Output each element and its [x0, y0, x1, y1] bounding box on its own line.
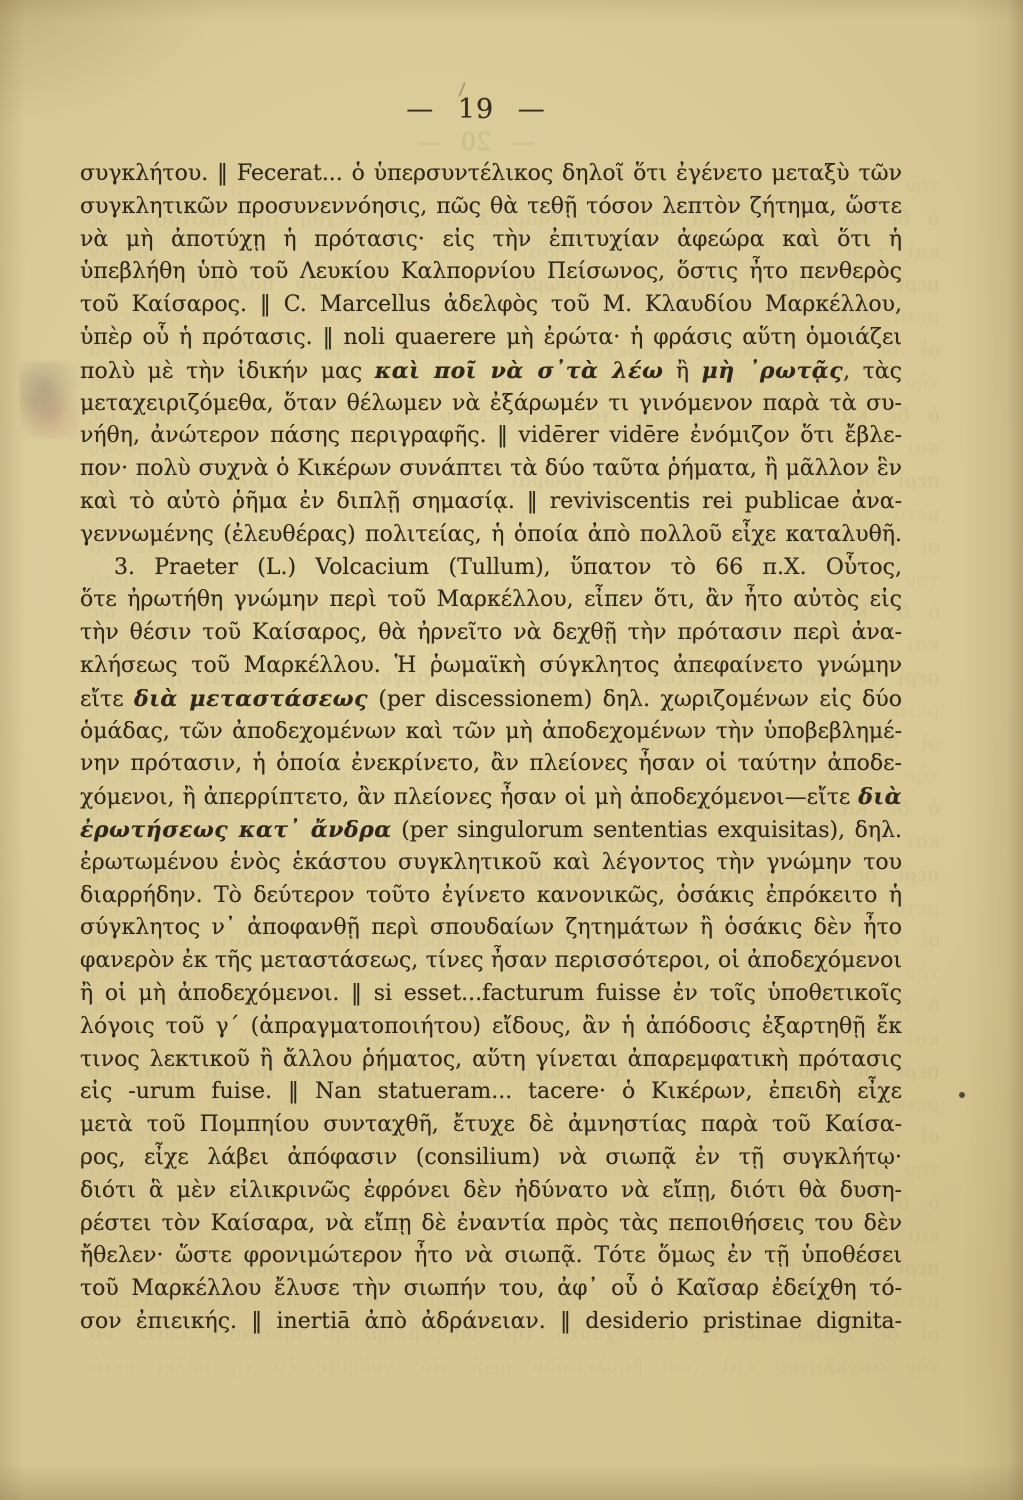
- text-segment: σον ἐπιεικής. ‖ inertiā ἀπὸ ἀδράνειαν. ‖…: [80, 1309, 902, 1334]
- text-line: ὑπεβλήθη ὑπὸ τοῦ Λευκίου Καλπορνίου Πείσ…: [80, 256, 902, 289]
- text-segment: ρος, εἶχε λάβει ἀπόφασιν (consilium) νὰ …: [80, 1145, 902, 1170]
- text-line: ἤθελεν· ὥστε φρονιμώτερον ἦτο νὰ σιωπᾷ. …: [80, 1240, 902, 1273]
- text-segment: εἰς -urum fuise. ‖ Nan statueram... tace…: [80, 1079, 902, 1104]
- text-line: χόμενοι, ἢ ἀπερρίπτετο, ἂν πλείονες ἦσαν…: [80, 781, 902, 814]
- text-line: σον ἐπιεικής. ‖ inertiā ἀπὸ ἀδράνειαν. ‖…: [80, 1306, 902, 1339]
- text-segment: συγκλήτου. ‖ Fecerat... ὁ ὑπερσυντέλικος…: [80, 161, 902, 186]
- text-segment: τοῦ Μαρκέλλου ἔλυσε τὴν σιωπήν του, ἀφ᾽ …: [80, 1276, 902, 1301]
- text-segment: συγκλητικῶν προσυνεννόησις, πῶς θὰ τεθῇ …: [80, 194, 902, 219]
- text-segment: κλήσεως τοῦ Μαρκέλλου. Ἡ ῥωμαϊκὴ σύγκλητ…: [80, 653, 902, 678]
- text-line: καὶ τὸ αὐτὸ ῥῆμα ἐν διπλῇ σημασίᾳ. ‖ rev…: [80, 486, 902, 519]
- text-segment: σύγκλητος ν᾽ ἀποφανθῇ περὶ σπουδαίων ζητ…: [80, 915, 902, 940]
- text-segment: χόμενοι, ἢ ἀπερρίπτετο, ἂν πλείονες ἦσαν…: [80, 785, 858, 810]
- page-number: — 19 —: [0, 94, 952, 125]
- text-line: λόγοις τοῦ γ´ (ἀπραγματοποιήτου) εἴδους,…: [80, 1011, 902, 1044]
- scanned-book-page: — 20 — τὴν συγκλητον καὶ τῶν βουλευτῶν π…: [0, 0, 1023, 1500]
- text-segment: τοῦ Καίσαρος. ‖ C. Marcellus ἀδελφὸς τοῦ…: [80, 292, 902, 317]
- text-segment: φανερὸν ἐκ τῆς μεταστάσεως, τίνες ἦσαν π…: [80, 948, 902, 973]
- bleed-through-line: τὴν συγκλητον καὶ τῶν βουλευτῶν περὶ τὰς…: [88, 1354, 940, 1378]
- text-line: κλήσεως τοῦ Μαρκέλλου. Ἡ ῥωμαϊκὴ σύγκλητ…: [80, 650, 902, 683]
- text-segment: ρέστει τὸν Καίσαρα, νὰ εἴπῃ δὲ ἐναντία π…: [80, 1211, 902, 1236]
- text-segment: πον· πολὺ συχνὰ ὁ Κικέρων συνάπτει τὰ δύ…: [80, 456, 902, 481]
- emphasized-text: διὰ: [858, 784, 902, 810]
- emphasized-text: μὴ ᾽ρωτᾷς: [702, 358, 844, 384]
- smudge-mark: [20, 362, 78, 438]
- text-line: ρέστει τὸν Καίσαρα, νὰ εἴπῃ δὲ ἐναντία π…: [80, 1208, 902, 1241]
- text-line: πον· πολὺ συχνὰ ὁ Κικέρων συνάπτει τὰ δύ…: [80, 453, 902, 486]
- text-segment: πολὺ μὲ τὴν ἰδικήν μας: [80, 359, 375, 384]
- text-line: γεννωμένης (ἐλευθέρας) πολιτείας, ἡ ὁποί…: [80, 519, 902, 552]
- text-line: συγκλητικῶν προσυνεννόησις, πῶς θὰ τεθῇ …: [80, 191, 902, 224]
- text-segment: νήθη, ἀνώτερον πάσης περιγραφῆς. ‖ vidēr…: [80, 423, 902, 448]
- text-line: εἰς -urum fuise. ‖ Nan statueram... tace…: [80, 1076, 902, 1109]
- text-line: νήθη, ἀνώτερον πάσης περιγραφῆς. ‖ vidēr…: [80, 420, 902, 453]
- text-segment: διαρρήδην. Τὸ δεύτερον τοῦτο ἐγίνετο καν…: [80, 883, 902, 908]
- text-line: εἴτε διὰ μεταστάσεως (per discessionem) …: [80, 683, 902, 716]
- text-line: τοῦ Καίσαρος. ‖ C. Marcellus ἀδελφὸς τοῦ…: [80, 289, 902, 322]
- emphasized-text: καὶ ποῖ νὰ σ᾽τὰ λέω: [375, 358, 664, 384]
- text-segment: ὑπὲρ οὗ ἡ πρότασις. ‖ noli quaerere μὴ ἐ…: [80, 325, 902, 350]
- text-line: πολὺ μὲ τὴν ἰδικήν μας καὶ ποῖ νὰ σ᾽τὰ λ…: [80, 355, 902, 388]
- ink-speck: [959, 1092, 965, 1098]
- text-line: ὑπὲρ οὗ ἡ πρότασις. ‖ noli quaerere μὴ ἐ…: [80, 322, 902, 355]
- text-segment: νὰ μὴ ἀποτύχῃ ἡ πρότασις· εἰς τὴν ἐπιτυχ…: [80, 227, 902, 257]
- text-line: ὅτε ἠρωτήθη γνώμην περὶ τοῦ Μαρκέλλου, ε…: [80, 584, 902, 617]
- text-line: τὴν θέσιν τοῦ Καίσαρος, θὰ ἠρνεῖτο νὰ δε…: [80, 617, 902, 650]
- text-line: διότι ἃ μὲν εἰλικρινῶς ἐφρόνει δὲν ἠδύνα…: [80, 1175, 902, 1208]
- text-segment: ὑπεβλήθη ὑπὸ τοῦ Λευκίου Καλπορνίου Πείσ…: [80, 259, 902, 284]
- text-line: μετὰ τοῦ Πομπηίου συνταχθῆ, ἔτυχε δὲ ἀμν…: [80, 1109, 902, 1142]
- body-text: συγκλήτου. ‖ Fecerat... ὁ ὑπερσυντέλικος…: [80, 158, 902, 1339]
- text-segment: εἴτε: [80, 687, 134, 712]
- text-segment: διότι ἃ μὲν εἰλικρινῶς ἐφρόνει δὲν ἠδύνα…: [80, 1178, 902, 1203]
- text-segment: τινος λεκτικοῦ ἢ ἄλλου ῥήματος, αὕτη γίν…: [80, 1047, 902, 1072]
- text-segment: νην πρότασιν, ἡ ὁποία ἐνεκρίνετο, ἂν πλε…: [80, 751, 902, 776]
- text-segment: ὅτε ἠρωτήθη γνώμην περὶ τοῦ Μαρκέλλου, ε…: [80, 587, 902, 612]
- text-line: μεταχειριζόμεθα, ὅταν θέλωμεν νὰ ἐξάρωμέ…: [80, 388, 902, 421]
- verso-page-number-show-through: — 20 —: [0, 128, 952, 154]
- text-line: τινος λεκτικοῦ ἢ ἄλλου ῥήματος, αὕτη γίν…: [80, 1044, 902, 1077]
- text-segment: ἢ: [663, 359, 701, 384]
- text-line: νην πρότασιν, ἡ ὁποία ἐνεκρίνετο, ἂν πλε…: [80, 748, 902, 781]
- text-line: διαρρήδην. Τὸ δεύτερον τοῦτο ἐγίνετο καν…: [80, 880, 902, 913]
- text-segment: καὶ τὸ αὐτὸ ῥῆμα ἐν διπλῇ σημασίᾳ. ‖ rev…: [80, 489, 902, 514]
- text-segment: (per singulorum sententias exquisitas), …: [392, 818, 902, 843]
- text-segment: 3. Praeter (L.) Volcacium (Tullum), ὕπατ…: [114, 555, 902, 580]
- text-line: ρος, εἶχε λάβει ἀπόφασιν (consilium) νὰ …: [80, 1142, 902, 1175]
- text-line: συγκλήτου. ‖ Fecerat... ὁ ὑπερσυντέλικος…: [80, 158, 902, 191]
- text-segment: μεταχειριζόμεθα, ὅταν θέλωμεν νὰ ἐξάρωμέ…: [80, 391, 902, 416]
- text-segment: ἢ οἱ μὴ ἀποδεχόμενοι. ‖ si esset...factu…: [80, 981, 902, 1006]
- text-line: σύγκλητος ν᾽ ἀποφανθῇ περὶ σπουδαίων ζητ…: [80, 912, 902, 945]
- text-line: ἐρωτωμένου ἑνὸς ἑκάστου συγκλητικοῦ καὶ …: [80, 847, 902, 880]
- text-segment: γεννωμένης (ἐλευθέρας) πολιτείας, ἡ ὁποί…: [80, 522, 902, 547]
- text-segment: τὴν θέσιν τοῦ Καίσαρος, θὰ ἠρνεῖτο νὰ δε…: [80, 620, 902, 645]
- text-line: νὰ μὴ ἀποτύχῃ ἡ πρότασις· εἰς τὴν ἐπιτυχ…: [80, 224, 902, 257]
- text-segment: (per discessionem) δηλ. χωριζομένων εἰς …: [368, 687, 902, 712]
- text-segment: λόγοις τοῦ γ´ (ἀπραγματοποιήτου) εἴδους,…: [80, 1014, 902, 1039]
- text-line: ἐρωτήσεως κατ᾽ ἄνδρα (per singulorum sen…: [80, 814, 902, 847]
- text-line: φανερὸν ἐκ τῆς μεταστάσεως, τίνες ἦσαν π…: [80, 945, 902, 978]
- emphasized-text: διὰ μεταστάσεως: [134, 686, 368, 712]
- text-segment: μετὰ τοῦ Πομπηίου συνταχθῆ, ἔτυχε δὲ ἀμν…: [80, 1112, 902, 1137]
- text-segment: ἐρωτωμένου ἑνὸς ἑκάστου συγκλητικοῦ καὶ …: [80, 850, 902, 875]
- text-segment: ἤθελεν· ὥστε φρονιμώτερον ἦτο νὰ σιωπᾷ. …: [80, 1243, 902, 1268]
- text-line: τοῦ Μαρκέλλου ἔλυσε τὴν σιωπήν του, ἀφ᾽ …: [80, 1273, 902, 1306]
- emphasized-text: ἐρωτήσεως κατ᾽ ἄνδρα: [80, 817, 392, 843]
- text-segment: ὁμάδας, τῶν ἀποδεχομένων καὶ τῶν μὴ ἀποδ…: [80, 719, 902, 744]
- text-line: ἢ οἱ μὴ ἀποδεχόμενοι. ‖ si esset...factu…: [80, 978, 902, 1011]
- text-line: ὁμάδας, τῶν ἀποδεχομένων καὶ τῶν μὴ ἀποδ…: [80, 716, 902, 749]
- text-line: 3. Praeter (L.) Volcacium (Tullum), ὕπατ…: [80, 552, 902, 585]
